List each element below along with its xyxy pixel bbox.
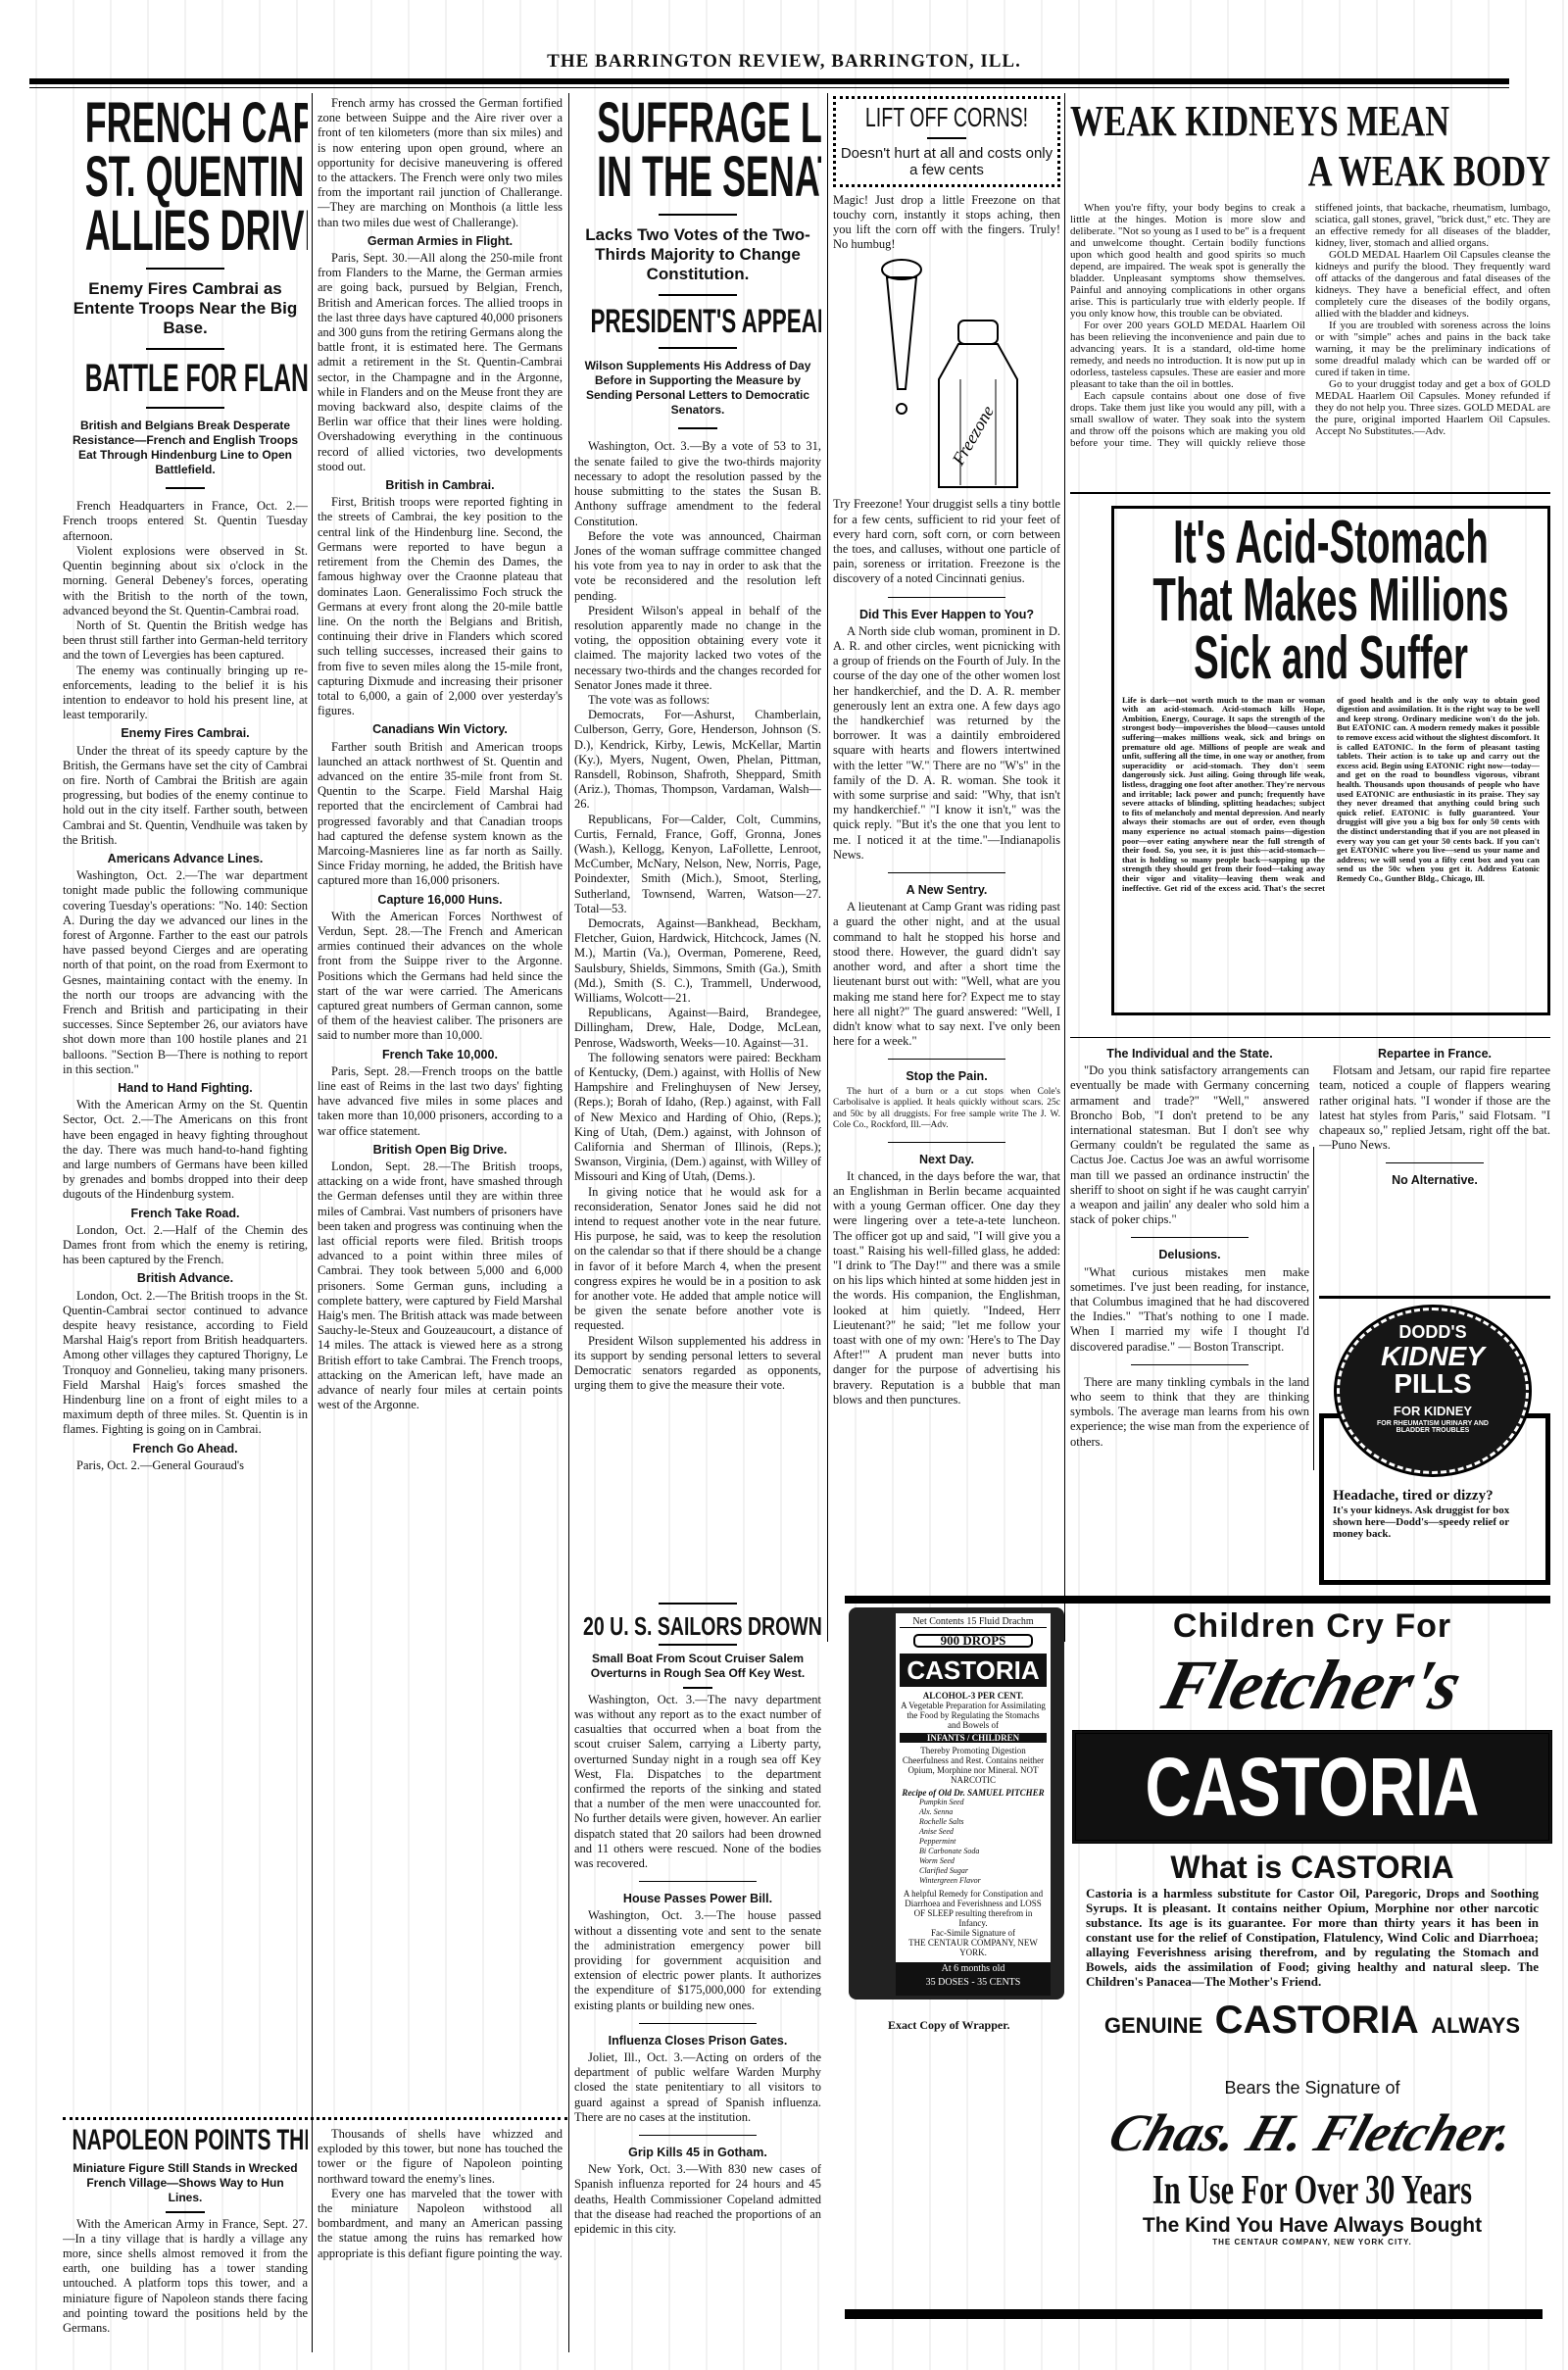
paragraph: French Headquarters in France, Oct. 2.—F… (63, 499, 308, 544)
divider (1070, 1037, 1550, 1038)
deck: Enemy Fires Cambrai as Entente Troops Ne… (63, 279, 308, 338)
subhead: Canadians Win Victory. (318, 722, 563, 737)
subhead: Did This Ever Happen to You? (833, 608, 1060, 622)
subhead: British Advance. (63, 1271, 308, 1286)
ad-top-rule (845, 1596, 1550, 1604)
divider (639, 1881, 757, 1882)
subhead: French Go Ahead. (63, 1442, 308, 1457)
ad-headline-line: Sick and Suffer (1152, 630, 1508, 688)
subhead: British Open Big Drive. (318, 1143, 563, 1158)
divider (659, 294, 737, 296)
dodds-kidney-pills-ad: DODD'S KIDNEY PILLS FOR KIDNEY FOR RHEUM… (1319, 1296, 1550, 1590)
paragraph: It chanced, in the days before the war, … (833, 1169, 1060, 1407)
castoria-ad-footer: Bears the Signature of Chas. H. Fletcher… (1072, 2078, 1552, 2313)
paragraph: With the American Forces Northwest of Ve… (318, 910, 563, 1044)
ad-headline: Children Cry For (1072, 1607, 1552, 1646)
paragraph: Paris, Sept. 28.—French troops on the ba… (318, 1064, 563, 1139)
headline-line: ALLIES DRIVE ON (85, 204, 286, 258)
subhead: French Take 10,000. (318, 1048, 563, 1062)
divider (888, 1142, 1005, 1143)
paragraph: With the American Army on the St. Quenti… (63, 1098, 308, 1202)
dropper-and-bottle-icon: Freezone (833, 252, 1060, 497)
paragraph: New York, Oct. 3.—With 830 new cases of … (574, 2162, 821, 2237)
divider (678, 427, 717, 429)
napoleon-story-continued: Thousands of shells have whizzed and exp… (318, 2127, 563, 2367)
subhead: No Alternative. (1319, 1173, 1550, 1188)
divider (1386, 1162, 1484, 1163)
subhead: Grip Kills 45 in Gotham. (574, 2146, 821, 2160)
paragraph: A lieutenant at Camp Grant was riding pa… (833, 900, 1060, 1049)
masthead-rule-thick (29, 78, 1509, 84)
ad-subhead: What is CASTORIA (1072, 1850, 1552, 1886)
paragraph: The enemy was continually bringing up re… (63, 664, 308, 723)
headline: 20 U. S. SAILORS DROWNED (583, 1614, 812, 1639)
paragraph: Washington, Oct. 2.—The war department t… (63, 868, 308, 1077)
paragraph: The following senators were paired: Beck… (574, 1051, 821, 1185)
divider (659, 1603, 737, 1605)
paragraph: Washington, Oct. 3.—The house passed wit… (574, 1908, 821, 2012)
paragraph: "Do you think satisfactory arrangements … (1070, 1063, 1309, 1227)
french-capture-story: FRENCH CAPTURE ST. QUENTIN CITY; ALLIES … (63, 96, 308, 2047)
paragraph: President Wilson supplemented his addres… (574, 1334, 821, 1394)
freezone-illustration: Freezone (833, 252, 1060, 497)
paragraph: Under the threat of its speedy capture b… (63, 744, 308, 848)
headline-line: ST. QUENTIN CITY; (85, 150, 286, 204)
paragraph: Every one has marveled that the tower wi… (318, 2187, 563, 2261)
subhead: British in Cambrai. (318, 478, 563, 493)
paragraph: French army has crossed the German forti… (318, 96, 563, 230)
column-divider (1313, 1147, 1314, 1470)
headline-line: SUFFRAGE LOSES (597, 96, 799, 150)
column-divider (1064, 93, 1065, 1642)
paragraph: London, Oct. 2.—Half of the Chemin des D… (63, 1223, 308, 1268)
fletchers-script: Fletcher's (1062, 1646, 1562, 1724)
paragraph: Democrats, For—Ashurst, Chamberlain, Cul… (574, 708, 821, 812)
column-4: LIFT OFF CORNS! Doesn't hurt at all and … (833, 96, 1060, 1605)
divider (1070, 492, 1550, 494)
divider (1131, 1364, 1249, 1365)
paragraph: Go to your druggist today and get a box … (1315, 378, 1550, 437)
paragraph: With the American Army in France, Sept. … (63, 2217, 308, 2337)
paragraph: For over 200 years GOLD MEDAL Haarlem Oi… (1070, 320, 1305, 390)
subhead: Stop the Pain. (833, 1069, 1060, 1084)
subhead: Influenza Closes Prison Gates. (574, 2034, 821, 2049)
ad-headline-line: That Makes Millions (1152, 572, 1508, 630)
paragraph: When you're fifty, your body begins to c… (1070, 202, 1305, 320)
headline-secondary: BATTLE FOR FLANDERS LINE (85, 360, 286, 397)
ad-body: Castoria is a harmless substitute for Ca… (1072, 1886, 1552, 1989)
ad-bottom-rule (845, 2309, 1543, 2319)
paragraph: North of St. Quentin the British wedge h… (63, 618, 308, 664)
paragraph: In giving notice that he would ask for a… (574, 1185, 821, 1334)
paragraph: If you are troubled with soreness across… (1315, 320, 1550, 378)
subhead: German Armies in Flight. (318, 234, 563, 249)
napoleon-story: NAPOLEON POINTS THE WAY Miniature Figure… (63, 2127, 308, 2367)
masthead: THE BARRINGTON REVIEW, BARRINGTON, ILL. (0, 51, 1568, 73)
divider (888, 1059, 1005, 1060)
divider (639, 2023, 757, 2024)
deck-small: Small Boat From Scout Cruiser Salem Over… (582, 1652, 813, 1681)
kind-line: The Kind You Have Always Bought (1072, 2214, 1552, 2238)
corns-ad-body: Try Freezone! Your druggist sells a tiny… (833, 497, 1060, 586)
ad-headline-line: WEAK KIDNEYS MEAN (1070, 96, 1445, 146)
paragraph: London, Oct. 2.—The British troops in th… (63, 1289, 308, 1438)
paragraph: President Wilson's appeal in behalf of t… (574, 604, 821, 693)
subhead: Hand to Hand Fighting. (63, 1081, 308, 1096)
paragraph: Flotsam and Jetsam, our rapid fire repar… (1319, 1063, 1550, 1153)
corns-ad-subtitle: Doesn't hurt at all and costs only a few… (840, 145, 1053, 178)
subhead: Delusions. (1070, 1248, 1309, 1262)
subhead: French Take Road. (63, 1207, 308, 1221)
headline: NAPOLEON POINTS THE WAY (73, 2127, 299, 2155)
paragraph: Republicans, Against—Baird, Brandegee, D… (574, 1006, 821, 1051)
divider (927, 137, 966, 139)
subhead: A New Sentry. (833, 883, 1060, 898)
corns-ad-intro: Magic! Just drop a little Freezone on th… (833, 193, 1060, 253)
castoria-banner: CASTORIA (1072, 1730, 1552, 1844)
divider (1319, 1296, 1550, 1299)
paragraph: First, British troops were reported figh… (318, 495, 563, 718)
headline-line: IN THE SENATE (597, 150, 799, 204)
divider (659, 1644, 737, 1646)
paragraph: London, Sept. 28.—The British troops, at… (318, 1160, 563, 1412)
tin-text: KIDNEY (1340, 1343, 1526, 1370)
divider (659, 214, 737, 216)
subhead: Enemy Fires Cambrai. (63, 726, 308, 741)
paragraph: Republicans, For—Calder, Colt, Cummins, … (574, 813, 821, 916)
masthead-rule-thin (29, 87, 1509, 88)
divider (888, 872, 1005, 873)
column-divider (827, 93, 828, 1642)
wrapper-caption: Exact Copy of Wrapper. (888, 2018, 1009, 2033)
paragraph: A North side club woman, prominent in D.… (833, 624, 1060, 863)
brand-name: CASTORIA (1128, 1736, 1496, 1838)
paragraph: Thousands of shells have whizzed and exp… (318, 2127, 563, 2187)
paragraph: "What curious mistakes men make sometime… (1070, 1265, 1309, 1355)
right-briefs-right: Repartee in France. Flotsam and Jetsam, … (1319, 1043, 1550, 1190)
paragraph: Farther south British and American troop… (318, 740, 563, 889)
headline-line: FRENCH CAPTURE (85, 96, 286, 150)
wavy-rule (63, 2117, 567, 2120)
tin-text: FOR RHEUMATISM URINARY AND BLADDER TROUB… (1369, 1420, 1496, 1434)
deck-small: Miniature Figure Still Stands in Wrecked… (71, 2161, 300, 2205)
subhead: House Passes Power Bill. (574, 1892, 821, 1906)
paragraph: Joliet, Ill., Oct. 3.—Acting on orders o… (574, 2050, 821, 2125)
paragraph: Violent explosions were observed in St. … (63, 544, 308, 618)
divider (659, 347, 737, 349)
paragraph: Before the vote was announced, Chairman … (574, 529, 821, 604)
right-briefs-left: The Individual and the State. "Do you th… (1070, 1043, 1309, 1553)
castoria-ad-copy: Children Cry For Fletcher's CASTORIA Wha… (1072, 1607, 1552, 2078)
signature: Chas. H. Fletcher. (1061, 2098, 1564, 2167)
in-use-line: In Use For Over 30 Years (1097, 2167, 1527, 2214)
ad-caption: Headache, tired or dizzy? It's your kidn… (1333, 1488, 1529, 1540)
pill-box-illustration: DODD'S KIDNEY PILLS FOR KIDNEY FOR RHEUM… (1337, 1308, 1529, 1474)
subhead: Capture 16,000 Huns. (318, 893, 563, 908)
genuine-line: GENUINE CASTORIA ALWAYS (1072, 1999, 1552, 2043)
paragraph: Washington, Oct. 3.—By a vote of 53 to 3… (574, 439, 821, 528)
castoria-bottle-illustration: Net Contents 15 Fluid Drachm 900 DROPS C… (849, 1607, 1064, 2039)
subhead: Americans Advance Lines. (63, 852, 308, 866)
divider (683, 1687, 712, 1689)
ad-headline-line: A WEAK BODY (1176, 146, 1550, 196)
paragraph: There are many tinkling cymbals in the l… (1070, 1375, 1309, 1450)
paragraph: The hurt of a burn or a cut stops when C… (833, 1087, 1060, 1132)
corns-ad-header: LIFT OFF CORNS! Doesn't hurt at all and … (833, 96, 1060, 187)
acid-stomach-ad: It's Acid-Stomach That Makes Millions Si… (1111, 506, 1550, 1015)
divider (146, 268, 224, 270)
bottle-label: Net Contents 15 Fluid Drachm 900 DROPS C… (896, 1613, 1051, 1970)
divider (639, 2135, 757, 2136)
column-divider (568, 93, 569, 2352)
bears-line: Bears the Signature of (1072, 2078, 1552, 2098)
divider (166, 487, 205, 489)
column-divider (312, 93, 313, 2352)
paragraph: Washington, Oct. 3.—The navy department … (574, 1693, 821, 1871)
divider (146, 348, 224, 350)
sailors-story: 20 U. S. SAILORS DROWNED Small Boat From… (574, 1603, 821, 2367)
subhead: Next Day. (833, 1153, 1060, 1167)
divider (888, 597, 1005, 598)
paragraph: Democrats, Against—Bankhead, Beckham, Fl… (574, 916, 821, 1006)
divider (1131, 1237, 1249, 1238)
ad-body: Life is dark—not worth much to the man o… (1122, 696, 1540, 893)
recipe-list: Pumpkin Seed Alx. Senna Rochelle Salts A… (900, 1798, 1047, 1886)
deck-small: Wilson Supplements His Address of Day Be… (582, 359, 813, 418)
subhead: The Individual and the State. (1070, 1047, 1309, 1062)
french-capture-continued: French army has crossed the German forti… (318, 96, 563, 2047)
ad-body: When you're fifty, your body begins to c… (1070, 202, 1550, 449)
deck: Lacks Two Votes of the Two-Thirds Majori… (574, 225, 821, 284)
paragraph: The vote was as follows: (574, 693, 821, 708)
paragraph: Paris, Sept. 30.—All along the 250-mile … (318, 251, 563, 474)
paragraph: GOLD MEDAL Haarlem Oil Capsules cleanse … (1315, 249, 1550, 320)
caption-text: It's your kidneys. Ask druggist for box … (1333, 1505, 1529, 1540)
company-line: THE CENTAUR COMPANY, NEW YORK CITY. (1072, 2238, 1552, 2247)
bottle-label: Freezone (948, 403, 998, 469)
tin-text: PILLS (1340, 1370, 1526, 1398)
caption-title: Headache, tired or dizzy? (1333, 1488, 1529, 1505)
tin-text: DODD'S (1340, 1322, 1526, 1343)
weak-kidneys-ad: WEAK KIDNEYS MEAN A WEAK BODY When you'r… (1070, 96, 1550, 488)
subhead: Repartee in France. (1319, 1047, 1550, 1062)
suffrage-story: SUFFRAGE LOSES IN THE SENATE Lacks Two V… (574, 96, 821, 1596)
headline-secondary: PRESIDENT'S APPEAL FAILS (590, 306, 805, 337)
tin-text: FOR KIDNEY (1340, 1404, 1526, 1418)
corns-ad-title: LIFT OFF CORNS! (852, 105, 1043, 131)
bottle-price-band: At 6 months old 35 DOSES - 35 CENTS (896, 1962, 1051, 1996)
divider (166, 2211, 205, 2213)
paragraph: Paris, Oct. 2.—General Gouraud's (63, 1458, 308, 1473)
ad-headline-line: It's Acid-Stomach (1152, 515, 1508, 572)
deck-small: British and Belgians Break Desperate Res… (71, 419, 300, 477)
divider (146, 407, 224, 409)
